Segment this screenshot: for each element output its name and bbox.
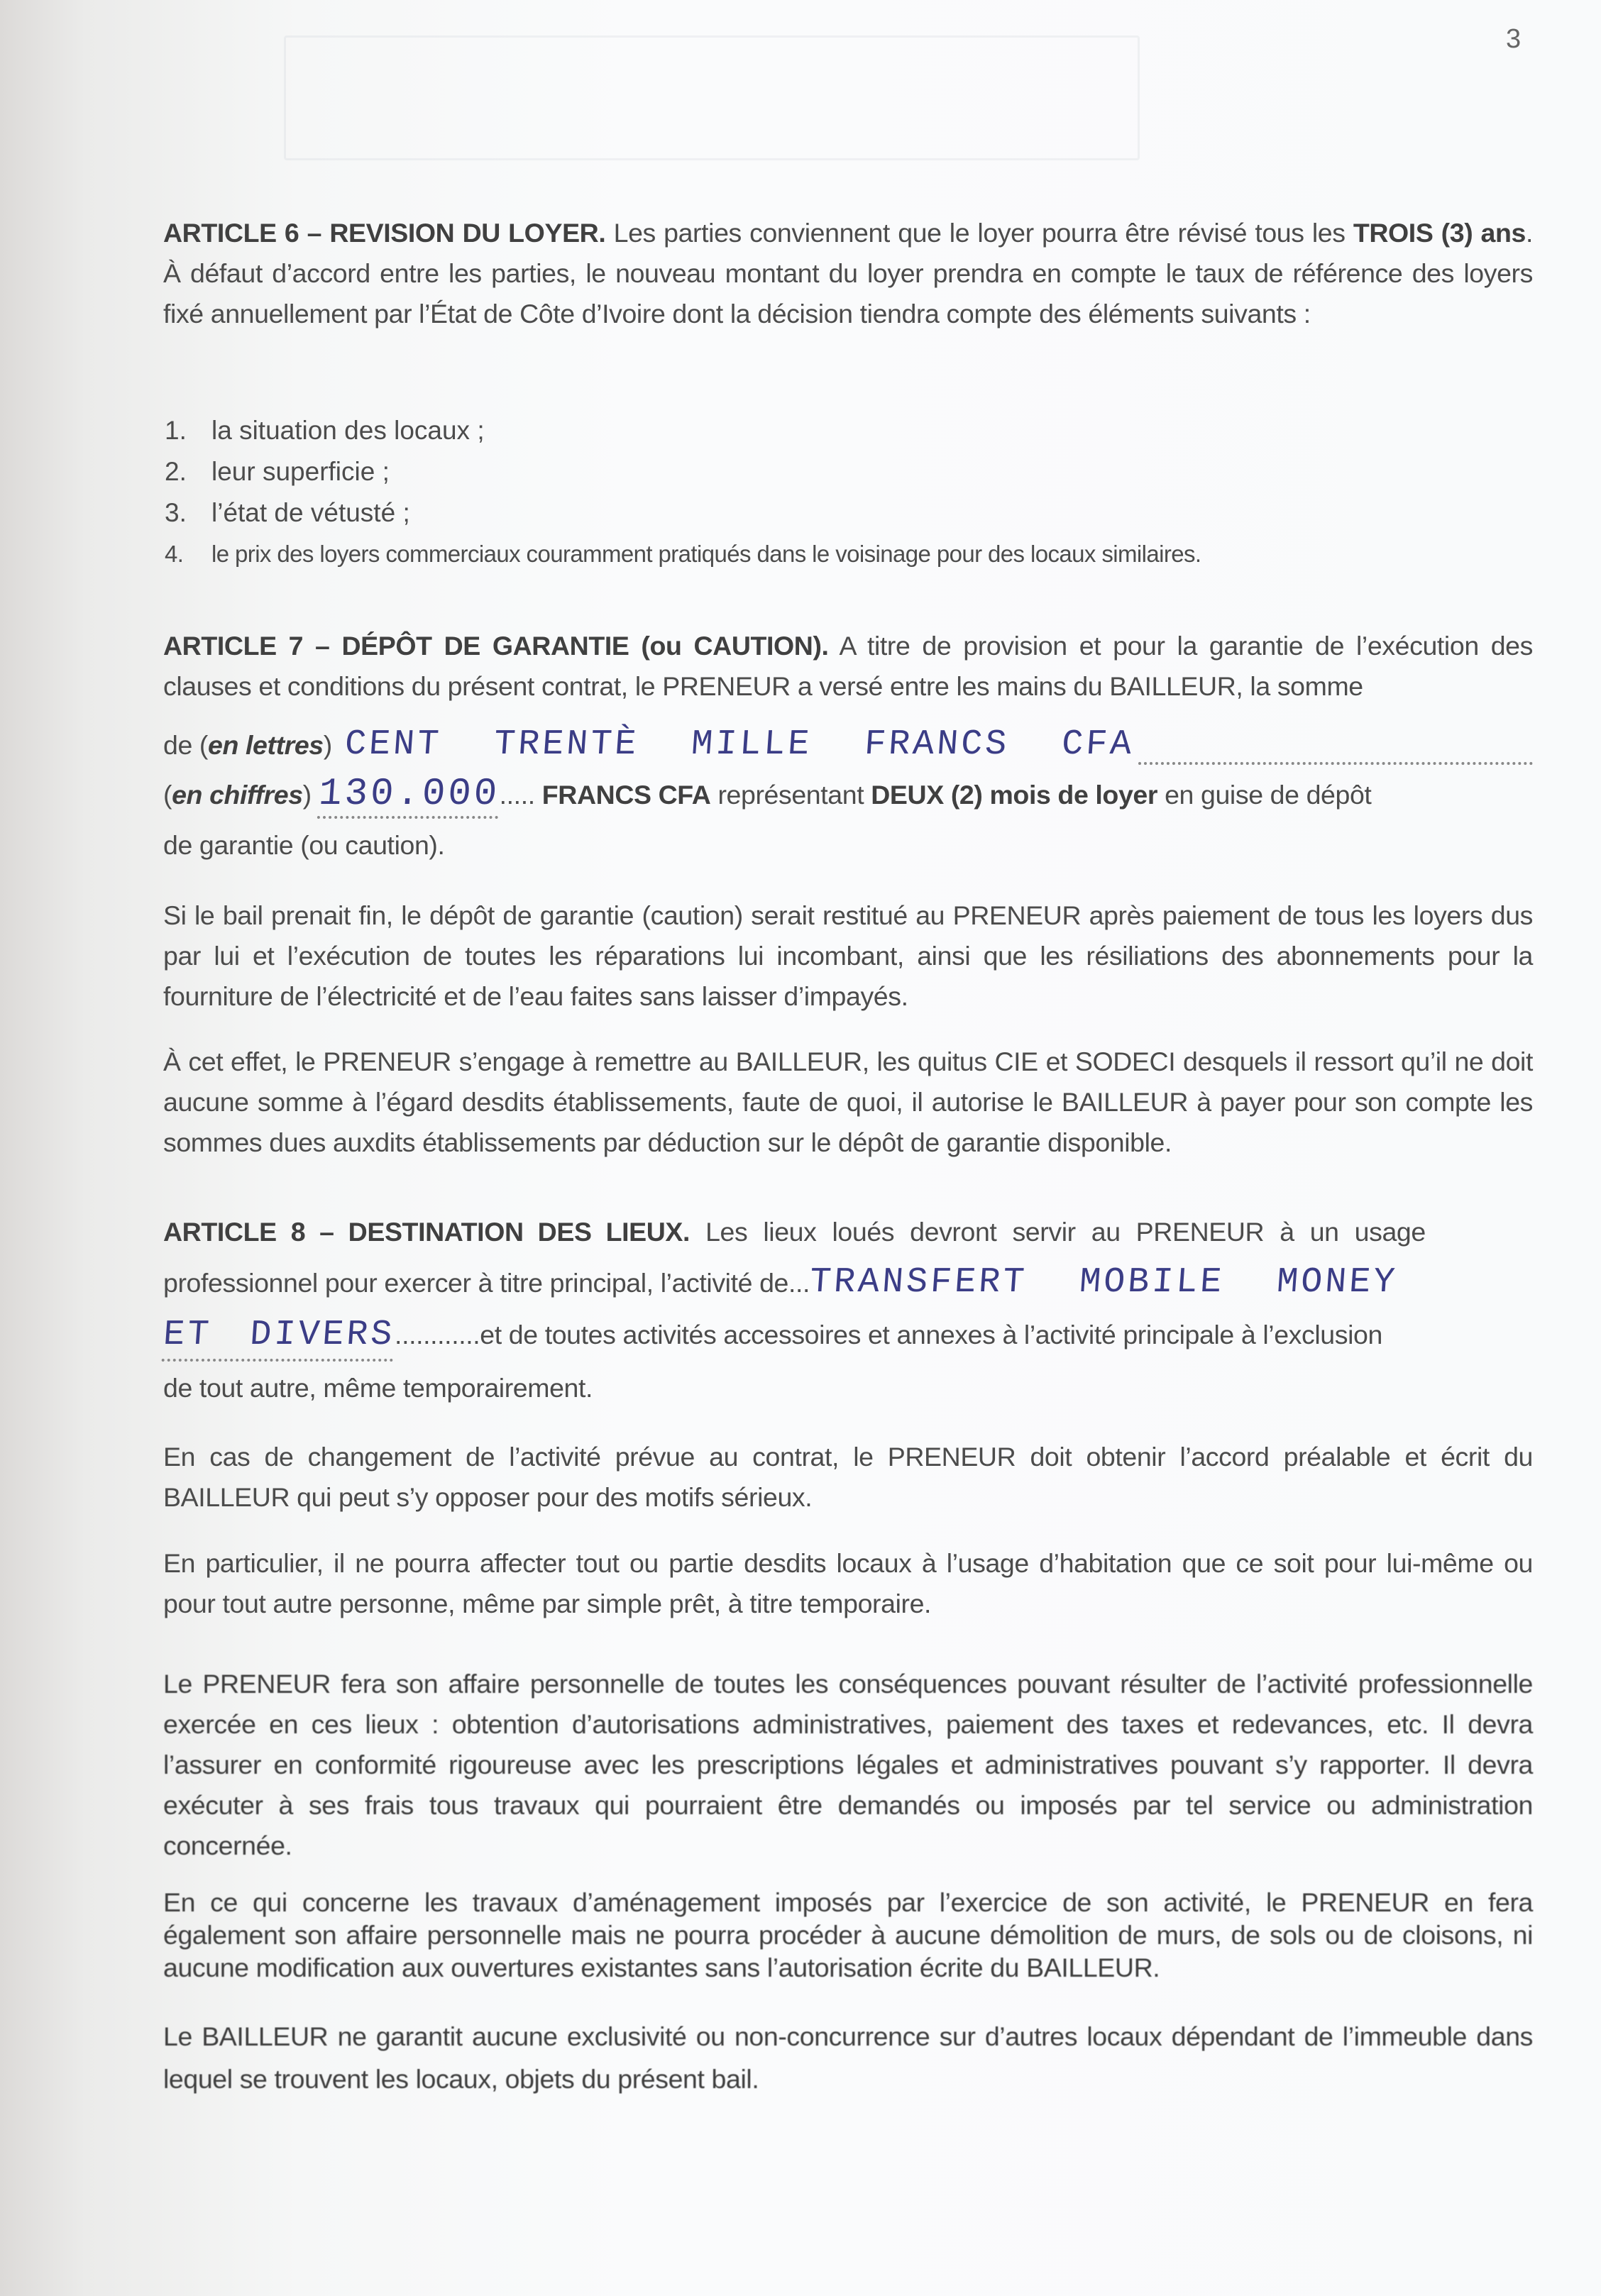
page-number: 3 <box>1506 24 1521 55</box>
article-8-paragraph-2: En cas de changement de l’activité prévu… <box>163 1437 1533 1518</box>
article-8-paragraph-4: Le PRENEUR fera son affaire personnelle … <box>163 1664 1533 1866</box>
list-item: 3.l’état de vétusté ; <box>165 492 1513 534</box>
amount-figures-handwritten: 130.000 <box>317 773 501 819</box>
activity-line-2: ET DIVERS............et de toutes activi… <box>163 1311 1533 1362</box>
amount-letters-line: de (en lettres) CENT TRENTÈ MILLE FRANCS… <box>163 717 1533 773</box>
amount-letters-handwritten: CENT TRENTÈ MILLE FRANCS CFA <box>343 717 1136 773</box>
article-6-heading: ARTICLE 6 – REVISION DU LOYER. <box>163 218 605 248</box>
article-6-paragraph: ARTICLE 6 – REVISION DU LOYER. Les parti… <box>163 213 1533 334</box>
article-8-paragraph-3: En particulier, il ne pourra affecter to… <box>163 1543 1533 1624</box>
document-page: 3 ARTICLE 6 – REVISION DU LOYER. Les par… <box>0 0 1601 2296</box>
activity-handwritten-2: ET DIVERS <box>162 1312 397 1362</box>
list-item: 2.leur superficie ; <box>165 451 1513 492</box>
article-7-paragraph-3: À cet effet, le PRENEUR s’engage à remet… <box>163 1042 1533 1163</box>
article-7-paragraph-2: Si le bail prenait fin, le dépôt de gara… <box>163 895 1533 1017</box>
list-item: 4.le prix des loyers commerciaux couramm… <box>165 534 1513 575</box>
activity-line-1: professionnel pour exercer à titre princ… <box>163 1254 1533 1311</box>
article-8-heading: ARTICLE 8 – DESTINATION DES LIEUX. <box>163 1217 690 1247</box>
bleed-through-box <box>284 35 1140 160</box>
article-8-paragraph-6: Le BAILLEUR ne garantit aucune exclusivi… <box>163 2015 1533 2100</box>
article-7-heading: ARTICLE 7 – DÉPÔT DE GARANTIE (ou CAUTIO… <box>163 631 829 661</box>
article-6-list: 1.la situation des locaux ; 2.leur super… <box>165 410 1513 575</box>
list-item: 1.la situation des locaux ; <box>165 410 1513 451</box>
article-7-paragraph: ARTICLE 7 – DÉPÔT DE GARANTIE (ou CAUTIO… <box>163 626 1533 707</box>
article-8-cont: de tout autre, même temporairement. <box>163 1368 1533 1408</box>
article-8-paragraph-5: En ce qui concerne les travaux d’aménage… <box>163 1886 1533 1984</box>
amount-figures-line: (en chiffres) 130.000..... FRANCS CFA re… <box>163 773 1533 819</box>
article-8-paragraph: ARTICLE 8 – DESTINATION DES LIEUX. Les l… <box>163 1212 1533 1252</box>
article-7-cont: de garantie (ou caution). <box>163 825 1533 866</box>
activity-handwritten-1: TRANSFERT MOBILE MONEY <box>808 1254 1399 1311</box>
